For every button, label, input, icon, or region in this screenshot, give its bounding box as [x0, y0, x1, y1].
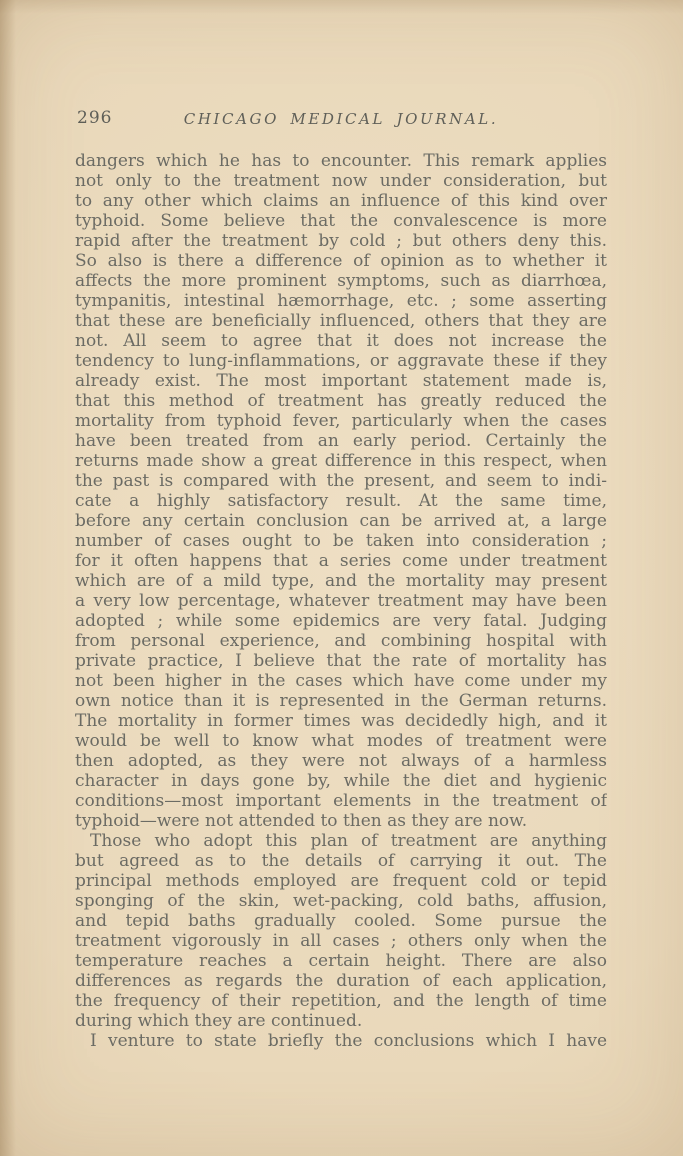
page-number: 296: [77, 108, 112, 128]
text-line: sponging of the skin, wet-packing, cold …: [75, 891, 607, 911]
text-line: and tepid baths gradually cooled. Some p…: [75, 911, 607, 931]
text-line: tendency to lung-inflammations, or aggra…: [75, 351, 607, 371]
text-line: from personal experience, and combining …: [75, 631, 607, 651]
text-line: cate a highly satisfactory result. At th…: [75, 491, 607, 511]
text-line: for it often happens that a series come …: [75, 551, 607, 571]
text-line: temperature reaches a certain height. Th…: [75, 951, 607, 971]
scanned-book-page: 296 CHICAGO MEDICAL JOURNAL. dangers whi…: [0, 0, 683, 1156]
text-line: the past is compared with the present, a…: [75, 471, 607, 491]
text-line: adopted ; while some epidemics are very …: [75, 611, 607, 631]
text-line: mortality from typhoid fever, particular…: [75, 411, 607, 431]
text-line: not. All seem to agree that it does not …: [75, 331, 607, 351]
text-line: affects the more prominent symptoms, suc…: [75, 271, 607, 291]
text-line: treatment vigorously in all cases ; othe…: [75, 931, 607, 951]
text-line: dangers which he has to encounter. This …: [75, 151, 607, 171]
text-line: already exist. The most important statem…: [75, 371, 607, 391]
text-line: typhoid—were not attended to then as the…: [75, 811, 607, 831]
text-line: that this method of treatment has greatl…: [75, 391, 607, 411]
text-line: that these are beneficially influenced, …: [75, 311, 607, 331]
text-line: rapid after the treatment by cold ; but …: [75, 231, 607, 251]
text-line: then adopted, as they were not always of…: [75, 751, 607, 771]
running-header: 296 CHICAGO MEDICAL JOURNAL.: [75, 108, 607, 130]
page-left-edge-shading: [0, 0, 16, 1156]
text-line: typhoid. Some believe that the convalesc…: [75, 211, 607, 231]
text-line: own notice than it is represented in the…: [75, 691, 607, 711]
text-line: the frequency of their repetition, and t…: [75, 991, 607, 1011]
text-line: differences as regards the duration of e…: [75, 971, 607, 991]
text-line: before any certain conclusion can be arr…: [75, 511, 607, 531]
paragraph: Those who adopt this plan of treatment a…: [75, 831, 607, 1031]
text-line: would be well to know what modes of trea…: [75, 731, 607, 751]
text-line: character in days gone by, while the die…: [75, 771, 607, 791]
text-line: have been treated from an early period. …: [75, 431, 607, 451]
text-line: private practice, I believe that the rat…: [75, 651, 607, 671]
text-line: a very low percentage, whatever treatmen…: [75, 591, 607, 611]
text-line: returns made show a great difference in …: [75, 451, 607, 471]
text-line: but agreed as to the details of carrying…: [75, 851, 607, 871]
paragraph: dangers which he has to encounter. This …: [75, 151, 607, 831]
text-line: during which they are continued.: [75, 1011, 607, 1031]
text-line: Those who adopt this plan of treatment a…: [75, 831, 607, 851]
text-line: conditions—most important elements in th…: [75, 791, 607, 811]
text-line: which are of a mild type, and the mortal…: [75, 571, 607, 591]
body-text: dangers which he has to encounter. This …: [75, 151, 607, 1051]
text-line: not been higher in the cases which have …: [75, 671, 607, 691]
text-line: The mortality in former times was decide…: [75, 711, 607, 731]
text-line: to any other which claims an influence o…: [75, 191, 607, 211]
journal-title: CHICAGO MEDICAL JOURNAL.: [75, 108, 607, 128]
text-line: So also is there a difference of opinion…: [75, 251, 607, 271]
page-top-edge-shading: [0, 0, 683, 14]
text-line: I venture to state briefly the conclusio…: [75, 1031, 607, 1051]
text-line: principal methods employed are frequent …: [75, 871, 607, 891]
text-line: number of cases ought to be taken into c…: [75, 531, 607, 551]
text-line: not only to the treatment now under cons…: [75, 171, 607, 191]
text-line: tympanitis, intestinal hæmorrhage, etc. …: [75, 291, 607, 311]
paragraph: I venture to state briefly the conclusio…: [75, 1031, 607, 1051]
